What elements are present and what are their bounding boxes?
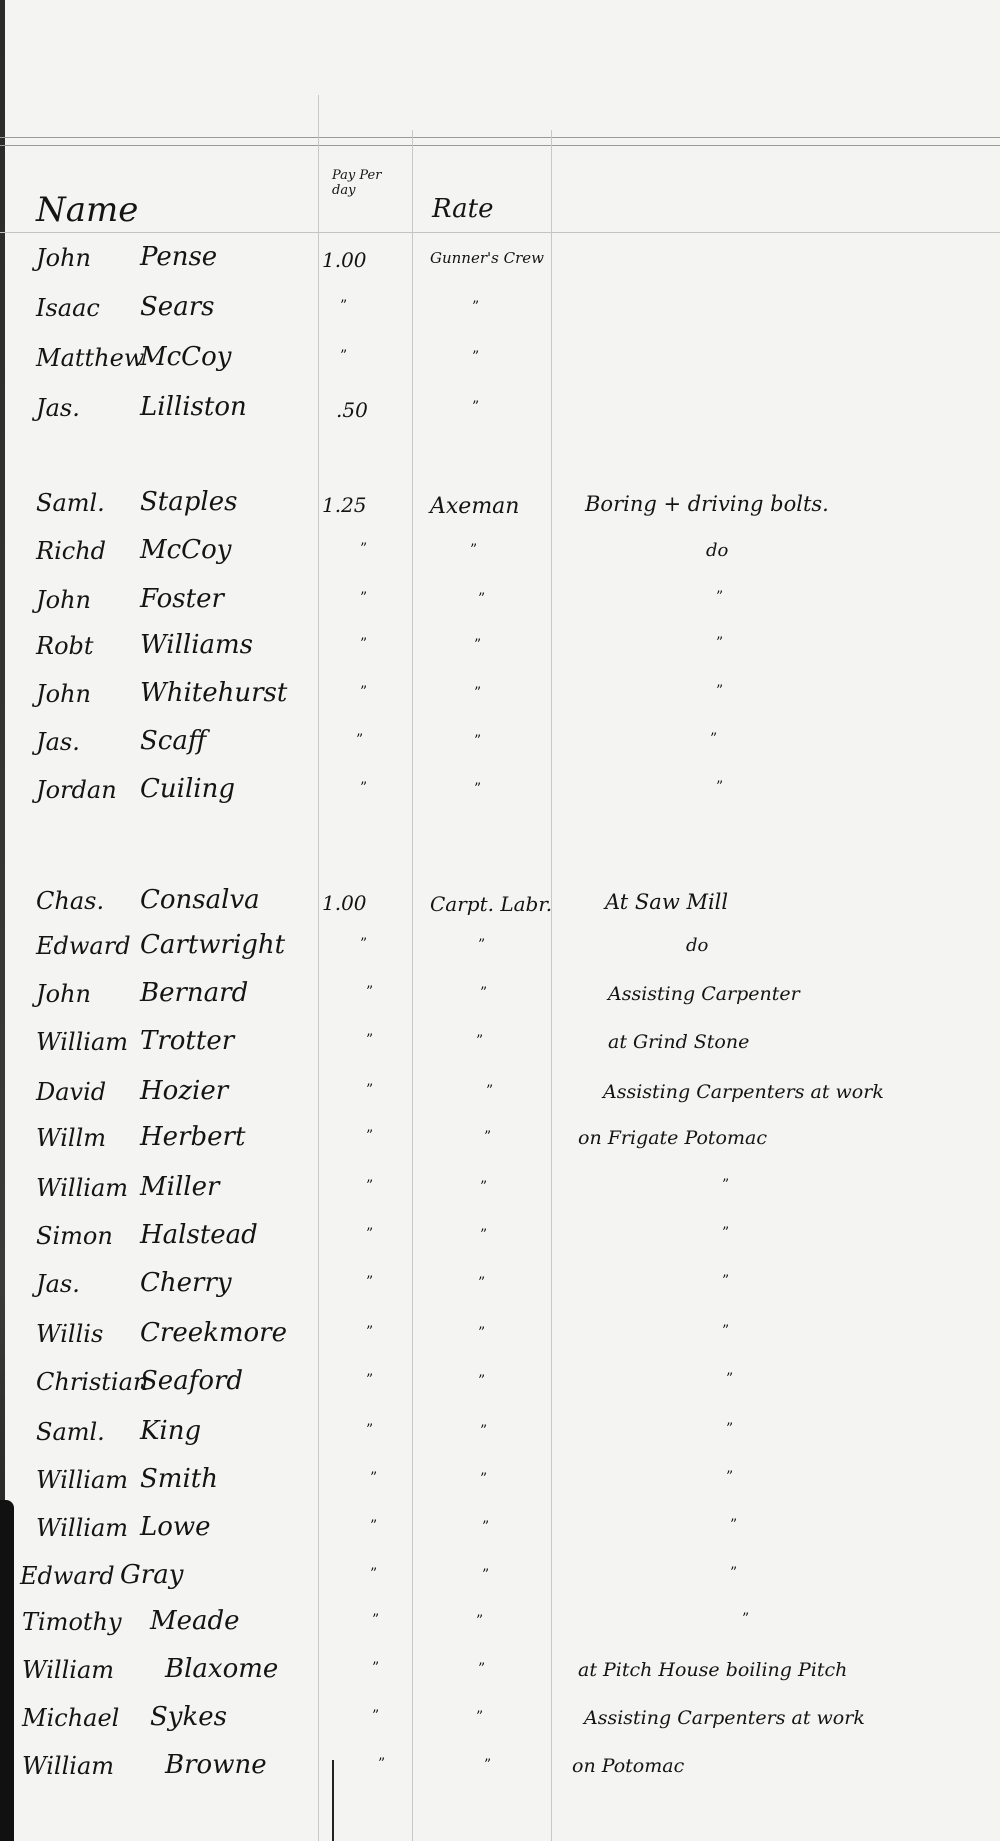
- table-row: Saml. Staples 1.25 Axeman Boring + drivi…: [0, 485, 1000, 525]
- remarks: do: [686, 935, 708, 956]
- header-pay-per-day: Pay Per day: [332, 168, 402, 198]
- rate: ”: [472, 299, 592, 315]
- pay-per-day: ”: [360, 590, 440, 606]
- first-name: John: [36, 980, 91, 1008]
- pay-per-day: ”: [366, 1324, 446, 1340]
- table-row: Edward Gray ” ” ”: [0, 1558, 1000, 1598]
- first-name: Jas.: [36, 1270, 80, 1298]
- remarks: Boring + driving bolts.: [585, 492, 829, 516]
- first-name: Matthew: [36, 344, 144, 372]
- pay-per-day: ”: [356, 732, 436, 748]
- last-name: Lilliston: [140, 392, 247, 422]
- last-name: Williams: [140, 630, 253, 660]
- rate: ”: [486, 1083, 606, 1099]
- last-name: Consalva: [140, 885, 260, 915]
- first-name: Michael: [22, 1704, 119, 1732]
- first-name: William: [22, 1656, 114, 1684]
- remarks: ”: [716, 683, 723, 699]
- table-row: John Foster ” ” ”: [0, 582, 1000, 622]
- table-row: William Browne ” ” on Potomac: [0, 1748, 1000, 1788]
- first-name: Robt: [36, 632, 94, 660]
- pay-per-day: ”: [360, 541, 440, 557]
- remarks: At Saw Mill: [605, 890, 728, 914]
- remarks: ”: [722, 1273, 729, 1289]
- table-row: Matthew McCoy ” ”: [0, 340, 1000, 380]
- first-name: David: [36, 1078, 106, 1106]
- first-name: Saml.: [36, 489, 105, 517]
- table-row: William Trotter ” ” at Grind Stone: [0, 1024, 1000, 1064]
- remarks: do: [706, 540, 728, 561]
- last-name: Halstead: [140, 1220, 258, 1250]
- last-name: Scaff: [140, 726, 206, 756]
- first-name: Jordan: [36, 776, 117, 804]
- last-name: Bernard: [140, 978, 248, 1008]
- last-name: Lowe: [140, 1512, 211, 1542]
- pay-per-day: ”: [372, 1708, 452, 1724]
- remarks: at Pitch House boiling Pitch: [578, 1659, 847, 1681]
- pay-per-day: ”: [370, 1470, 450, 1486]
- first-name: Jas.: [36, 728, 80, 756]
- pay-per-day: ”: [360, 636, 440, 652]
- last-name: Pense: [140, 242, 217, 272]
- first-name: Richd: [36, 537, 106, 565]
- table-row: Willis Creekmore ” ” ”: [0, 1316, 1000, 1356]
- rate: ”: [478, 1275, 598, 1291]
- remarks: ”: [730, 1565, 737, 1581]
- last-name: Cherry: [140, 1268, 232, 1298]
- remarks: ”: [716, 635, 723, 651]
- top-double-rule-1: [0, 137, 1000, 138]
- header-rate: Rate: [432, 194, 494, 224]
- pay-per-day: ”: [360, 684, 440, 700]
- rate: ”: [474, 781, 594, 797]
- pay-per-day: ”: [366, 1226, 446, 1242]
- rate: ”: [472, 349, 592, 365]
- pay-per-day: ”: [378, 1756, 458, 1772]
- last-name: Staples: [140, 487, 237, 517]
- table-row: Timothy Meade ” ” ”: [0, 1604, 1000, 1644]
- table-row: William Lowe ” ” ”: [0, 1510, 1000, 1550]
- first-name: Willm: [36, 1124, 106, 1152]
- pay-per-day: ”: [366, 984, 446, 1000]
- last-name: King: [140, 1416, 201, 1446]
- first-name: William: [22, 1752, 114, 1780]
- pay-per-day: ”: [360, 936, 440, 952]
- first-name: Willis: [36, 1320, 103, 1348]
- pay-per-day: ”: [366, 1128, 446, 1144]
- pay-per-day: ”: [370, 1518, 450, 1534]
- table-row: William Blaxome ” ” at Pitch House boili…: [0, 1652, 1000, 1692]
- table-row: John Whitehurst ” ” ”: [0, 676, 1000, 716]
- remarks: Assisting Carpenters at work: [603, 1081, 884, 1103]
- rate: Axeman: [430, 494, 550, 519]
- table-row: John Bernard ” ” Assisting Carpenter: [0, 976, 1000, 1016]
- remarks: ”: [726, 1421, 733, 1437]
- table-row: William Miller ” ” ”: [0, 1170, 1000, 1210]
- pay-per-day: ”: [340, 298, 420, 314]
- pay-per-day: ”: [372, 1660, 452, 1676]
- first-name: John: [36, 586, 91, 614]
- table-row: Jas. Scaff ” ” ”: [0, 724, 1000, 764]
- rate: ”: [482, 1519, 602, 1535]
- rate: ”: [476, 1033, 596, 1049]
- remarks: ”: [722, 1225, 729, 1241]
- last-name: McCoy: [140, 535, 231, 565]
- rate: ”: [478, 937, 598, 953]
- first-name: Christian: [36, 1368, 148, 1396]
- rate: ”: [474, 685, 594, 701]
- first-name: William: [36, 1514, 128, 1542]
- remarks: on Potomac: [572, 1755, 684, 1777]
- pay-per-day: ”: [366, 1082, 446, 1098]
- rate: Carpt. Labr.: [430, 892, 550, 916]
- last-name: Cartwright: [140, 930, 285, 960]
- rate: ”: [482, 1567, 602, 1583]
- pay-per-day: 1.00: [322, 891, 402, 915]
- first-name: John: [36, 680, 91, 708]
- table-row: Chas. Consalva 1.00 Carpt. Labr. At Saw …: [0, 883, 1000, 923]
- table-row: Saml. King ” ” ”: [0, 1414, 1000, 1454]
- rate: ”: [478, 591, 598, 607]
- remarks: ”: [742, 1611, 749, 1627]
- last-name: Smith: [140, 1464, 218, 1494]
- rate: Gunner's Crew: [430, 249, 550, 267]
- rate: ”: [478, 1325, 598, 1341]
- first-name: William: [36, 1174, 128, 1202]
- remarks: ”: [716, 589, 723, 605]
- pay-per-day: ”: [340, 348, 420, 364]
- top-double-rule-2: [0, 145, 1000, 146]
- rate: ”: [480, 1471, 600, 1487]
- last-name: Sykes: [150, 1702, 227, 1732]
- last-name: Miller: [140, 1172, 219, 1202]
- pay-per-day: ”: [366, 1032, 446, 1048]
- table-row: Edward Cartwright ” ” do: [0, 928, 1000, 968]
- table-row: Simon Halstead ” ” ”: [0, 1218, 1000, 1258]
- table-row: Michael Sykes ” ” Assisting Carpenters a…: [0, 1700, 1000, 1740]
- rate: ”: [470, 542, 590, 558]
- table-row: Isaac Sears ” ”: [0, 290, 1000, 330]
- first-name: Chas.: [36, 887, 104, 915]
- rate: ”: [476, 1613, 596, 1629]
- last-name: Gray: [120, 1560, 183, 1590]
- pay-per-day: ”: [370, 1566, 450, 1582]
- table-row: Jas. Cherry ” ” ”: [0, 1266, 1000, 1306]
- rate: ”: [480, 985, 600, 1001]
- last-name: Foster: [140, 584, 224, 614]
- first-name: Saml.: [36, 1418, 105, 1446]
- rate: ”: [474, 637, 594, 653]
- rate: ”: [480, 1179, 600, 1195]
- last-name: Trotter: [140, 1026, 234, 1056]
- rate: ”: [474, 733, 594, 749]
- table-row: Jordan Cuiling ” ” ”: [0, 772, 1000, 812]
- remarks: at Grind Stone: [608, 1031, 749, 1053]
- pay-per-day: ”: [366, 1178, 446, 1194]
- first-name: William: [36, 1028, 128, 1056]
- pay-per-day: 1.00: [322, 248, 402, 272]
- first-name: John: [36, 244, 91, 272]
- table-row: Jas. Lilliston .50 ”: [0, 390, 1000, 430]
- last-name: Browne: [165, 1750, 267, 1780]
- rate: ”: [480, 1227, 600, 1243]
- table-row: Robt Williams ” ” ”: [0, 628, 1000, 668]
- remarks: ”: [722, 1177, 729, 1193]
- pay-per-day: ”: [366, 1274, 446, 1290]
- first-name: Edward: [36, 932, 131, 960]
- remarks: Assisting Carpenters at work: [584, 1707, 865, 1729]
- first-name: Isaac: [36, 294, 100, 322]
- last-name: Hozier: [140, 1076, 228, 1106]
- last-name: Whitehurst: [140, 678, 287, 708]
- remarks: ”: [710, 731, 717, 747]
- first-name: Timothy: [22, 1608, 122, 1636]
- rate: ”: [476, 1709, 596, 1725]
- remarks: ”: [726, 1371, 733, 1387]
- pay-per-day: .50: [336, 398, 416, 422]
- remarks: on Frigate Potomac: [578, 1127, 767, 1149]
- pay-per-day: ”: [366, 1422, 446, 1438]
- first-name: Edward: [20, 1562, 115, 1590]
- remarks: ”: [726, 1469, 733, 1485]
- table-row: Willm Herbert ” ” on Frigate Potomac: [0, 1120, 1000, 1160]
- header-name: Name: [36, 190, 138, 230]
- remarks: Assisting Carpenter: [608, 983, 800, 1005]
- rate: ”: [472, 399, 592, 415]
- table-row: David Hozier ” ” Assisting Carpenters at…: [0, 1074, 1000, 1114]
- last-name: Creekmore: [140, 1318, 287, 1348]
- rate: ”: [480, 1423, 600, 1439]
- last-name: Meade: [150, 1606, 240, 1636]
- remarks: ”: [730, 1517, 737, 1533]
- pay-per-day: ”: [366, 1372, 446, 1388]
- header-rule: [0, 232, 1000, 233]
- pay-per-day: ”: [372, 1612, 452, 1628]
- first-name: Simon: [36, 1222, 113, 1250]
- table-row: William Smith ” ” ”: [0, 1462, 1000, 1502]
- last-name: Seaford: [140, 1366, 243, 1396]
- table-row: John Pense 1.00 Gunner's Crew: [0, 240, 1000, 280]
- pay-per-day: 1.25: [322, 493, 402, 517]
- first-name: Jas.: [36, 394, 80, 422]
- remarks: ”: [716, 779, 723, 795]
- first-name: William: [36, 1466, 128, 1494]
- remarks: ”: [722, 1323, 729, 1339]
- table-row: Christian Seaford ” ” ”: [0, 1364, 1000, 1404]
- last-name: Blaxome: [165, 1654, 278, 1684]
- last-name: Sears: [140, 292, 214, 322]
- last-name: Herbert: [140, 1122, 245, 1152]
- pay-per-day: ”: [360, 780, 440, 796]
- table-row: Richd McCoy ” ” do: [0, 533, 1000, 573]
- last-name: Cuiling: [140, 774, 235, 804]
- last-name: McCoy: [140, 342, 231, 372]
- rate: ”: [478, 1373, 598, 1389]
